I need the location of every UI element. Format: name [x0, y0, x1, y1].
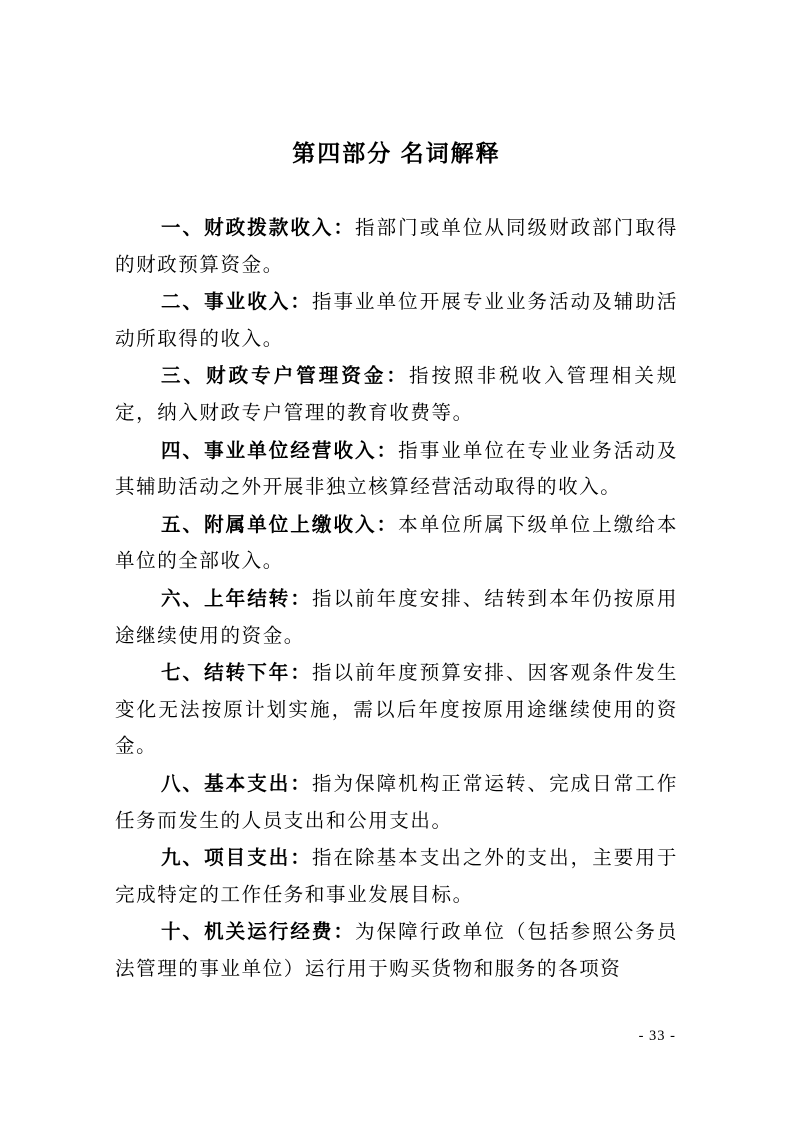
term-paragraph: 七、结转下年：指以前年度预算安排、因客观条件发生变化无法按原计划实施，需以后年度… [115, 655, 678, 766]
term-paragraph: 九、项目支出：指在除基本支出之外的支出，主要用于完成特定的工作任务和事业发展目标… [115, 840, 678, 914]
term-paragraph: 四、事业单位经营收入：指事业单位在专业业务活动及其辅助活动之外开展非独立核算经营… [115, 433, 678, 507]
term-label: 十、机关运行经费： [161, 921, 355, 943]
term-paragraph: 一、财政拨款收入：指部门或单位从同级财政部门取得的财政预算资金。 [115, 210, 678, 284]
term-label: 四、事业单位经营收入： [161, 440, 398, 462]
term-label: 一、财政拨款收入： [161, 217, 355, 239]
page-title: 第四部分 名词解释 [0, 138, 793, 168]
term-label: 二、事业收入： [161, 291, 312, 313]
term-label: 三、财政专户管理资金： [161, 365, 409, 387]
term-paragraph: 六、上年结转：指以前年度安排、结转到本年仍按原用途继续使用的资金。 [115, 581, 678, 655]
glossary-terms-list: 一、财政拨款收入：指部门或单位从同级财政部门取得的财政预算资金。 二、事业收入：… [115, 210, 678, 988]
term-paragraph: 五、附属单位上缴收入：本单位所属下级单位上缴给本单位的全部收入。 [115, 507, 678, 581]
term-label: 八、基本支出： [161, 773, 312, 795]
term-label: 九、项目支出： [161, 847, 312, 869]
term-paragraph: 八、基本支出：指为保障机构正常运转、完成日常工作任务而发生的人员支出和公用支出。 [115, 766, 678, 840]
term-label: 五、附属单位上缴收入： [161, 514, 398, 536]
term-paragraph: 三、财政专户管理资金：指按照非税收入管理相关规定，纳入财政专户管理的教育收费等。 [115, 358, 678, 432]
term-label: 六、上年结转： [161, 588, 312, 610]
page-number: - 33 - [639, 1028, 676, 1045]
term-label: 七、结转下年： [161, 662, 312, 684]
term-paragraph: 二、事业收入：指事业单位开展专业业务活动及辅助活动所取得的收入。 [115, 284, 678, 358]
term-paragraph: 十、机关运行经费：为保障行政单位（包括参照公务员法管理的事业单位）运行用于购买货… [115, 914, 678, 988]
document-page: 第四部分 名词解释 一、财政拨款收入：指部门或单位从同级财政部门取得的财政预算资… [0, 0, 793, 1122]
